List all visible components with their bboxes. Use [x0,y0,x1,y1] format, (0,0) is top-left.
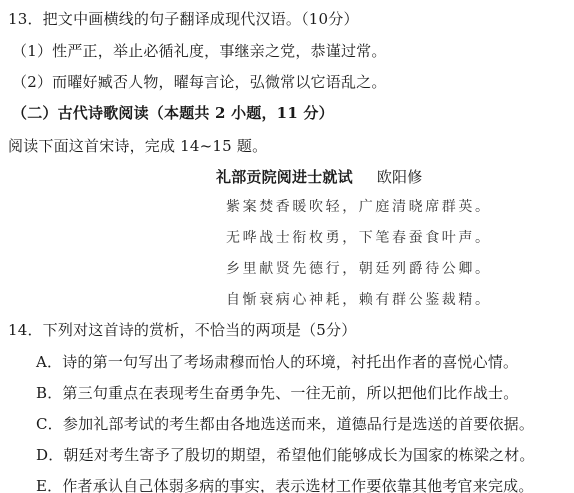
poem-author: 欧阳修 [377,168,423,186]
poem-title: 礼部贡院阅进士就试 [216,168,353,186]
section-heading: （二）古代诗歌阅读（本题共 2 小题，11 分） [12,104,334,122]
question-14-stem: 14．下列对这首诗的赏析，不恰当的两项是（5分） [8,321,356,339]
poem-line-3: 乡里献贤先德行，朝廷列爵待公卿。 [226,260,492,278]
poem-line-1: 紫案焚香暖吹轻，广庭清晓席群英。 [226,198,492,216]
option-b: B．第三句重点在表现考生奋勇争先、一往无前，所以把他们比作战士。 [36,384,518,402]
option-e: E．作者承认自己体弱多病的事实，表示选材工作要依靠其他考官来完成。 [36,477,534,493]
question-13-item-2: （2）而曜好臧否人物，曜每言论，弘微常以它语乱之。 [12,73,387,91]
poem-line-4: 自惭衰病心神耗，赖有群公鉴裁精。 [226,291,492,309]
option-a: A．诗的第一句写出了考场肃穆而怡人的环境，衬托出作者的喜悦心情。 [36,353,518,371]
poem-line-2: 无哗战士衔枚勇，下笔春蚕食叶声。 [226,229,492,247]
question-13-item-1: （1）性严正，举止必循礼度，事继亲之党，恭谨过常。 [12,42,387,60]
question-13-stem: 13．把文中画横线的句子翻译成现代汉语。（10分） [8,10,359,28]
option-d: D．朝廷对考生寄予了殷切的期望，希望他们能够成长为国家的栋梁之材。 [36,446,535,464]
poem-heading: 礼部贡院阅进士就试欧阳修 [216,168,422,186]
reading-instruction: 阅读下面这首宋诗，完成 14~15 题。 [8,137,267,155]
option-c: C．参加礼部考试的考生都由各地选送而来，道德品行是选送的首要依据。 [36,415,534,433]
